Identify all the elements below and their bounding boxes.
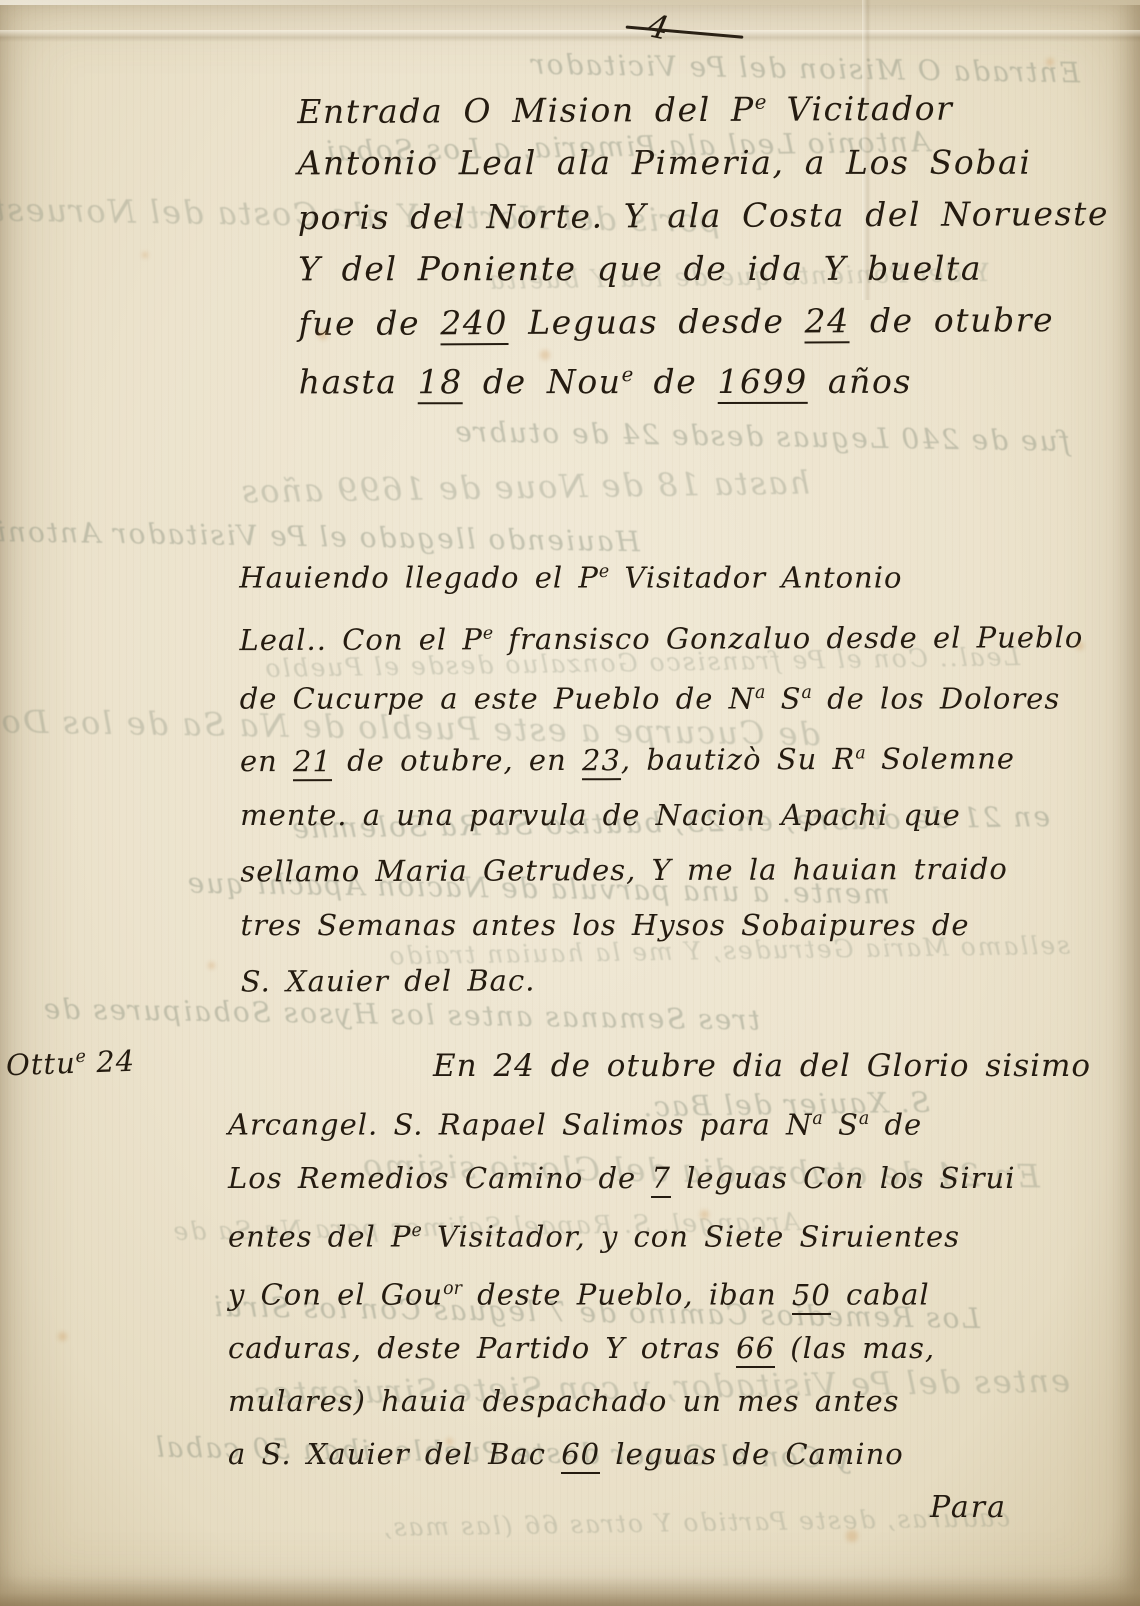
manuscript-line: fue de 240 Leguas desde 24 de otubre: [298, 293, 1109, 350]
foxing-spot: [318, 330, 328, 340]
fold-crease-horizontal: [0, 30, 1140, 42]
manuscript-line: sellamo Maria Getrudes, Y me la hauian t…: [240, 841, 1084, 899]
foxing-spot: [1076, 642, 1084, 650]
manuscript-line: Hauiendo llegado el Pe Visitador Antonio: [239, 545, 1083, 606]
foxing-spot: [142, 252, 148, 258]
manuscript-line: Los Remedios Camino de 7 leguas Con los …: [228, 1152, 1091, 1205]
manuscript-line: Leal.. Con el Pe fransisco Gonzaluo desd…: [239, 604, 1083, 668]
manuscript-line: caduras, deste Partido Y otras 66 (las m…: [228, 1322, 1091, 1375]
manuscript-line: tres Semanas antes los Hysos Sobaipures …: [241, 898, 1085, 953]
manuscript-line: Antonio Leal ala Pimeria, a Los Sobai: [298, 136, 1109, 190]
bleedthrough-line: fue de 240 Leguas desde 24 de otubre: [453, 415, 1070, 458]
foxing-spot: [846, 1530, 858, 1542]
margin-date-note: Ottue 24: [5, 1044, 135, 1082]
paragraph-baptism: Hauiendo llegado el Pe Visitador Antonio…: [239, 544, 1084, 1010]
bleedthrough-line: caduras, deste Partido Y otras 66 (las m…: [381, 1503, 1010, 1542]
foxing-spot: [700, 1210, 709, 1219]
paper-top-edge: [0, 0, 1140, 5]
crossed-out-page-number: 4: [644, 6, 672, 47]
manuscript-line: hasta 18 de Noue de 1699 años: [299, 348, 1110, 409]
manuscript-line: en 21 de otubre, en 23, bautizò Su Ra So…: [240, 725, 1084, 789]
manuscript-line: mulares) hauia despachado un mes antes: [228, 1375, 1091, 1428]
manuscript-line: mente. a una parvula de Nacion Apachi qu…: [240, 788, 1084, 843]
foxing-spot: [446, 1438, 453, 1445]
foxing-spot: [58, 1332, 67, 1341]
catchword: Para: [930, 1490, 1007, 1525]
paragraph-departure: En 24 de otubre dia del Glorio sisimoArc…: [228, 1040, 1091, 1481]
torn-bottom-edge: [0, 1576, 1140, 1606]
manuscript-line: En 24 de otubre dia del Glorio sisimo: [228, 1040, 1091, 1093]
manuscript-line: entes del Pe Visitador, y con Siete Siru…: [228, 1205, 1091, 1264]
bleedthrough-line: hasta 18 de Noue de 1699 años: [239, 464, 810, 511]
manuscript-line: Entrada O Mision del Pe Vicitador: [297, 74, 1109, 138]
manuscript-line: Y del Poniente que de ida Y buelta: [298, 242, 1109, 296]
title-block: Entrada O Mision del Pe VicitadorAntonio…: [297, 74, 1110, 410]
manuscript-line: y Con el Gouor deste Pueblo, iban 50 cab…: [228, 1263, 1091, 1322]
manuscript-page: Entrada O Mision del Pe VicitadorAntonio…: [0, 0, 1140, 1606]
page-number-mark: 4: [648, 8, 668, 46]
manuscript-line: poris del Norte. Y ala Costa del Noruest…: [298, 187, 1109, 244]
manuscript-line: a S. Xauier del Bac 60 leguas de Camino: [228, 1428, 1091, 1481]
foxing-spot: [1046, 58, 1054, 66]
foxing-spot: [208, 962, 215, 969]
manuscript-line: S. Xauier del Bac.: [241, 951, 1085, 1009]
manuscript-line: Arcangel. S. Rapael Salimos para Na Sa d…: [228, 1093, 1091, 1152]
foxing-spot: [540, 350, 550, 360]
manuscript-line: de Cucurpe a este Pueblo de Na Sa de los…: [240, 666, 1084, 727]
